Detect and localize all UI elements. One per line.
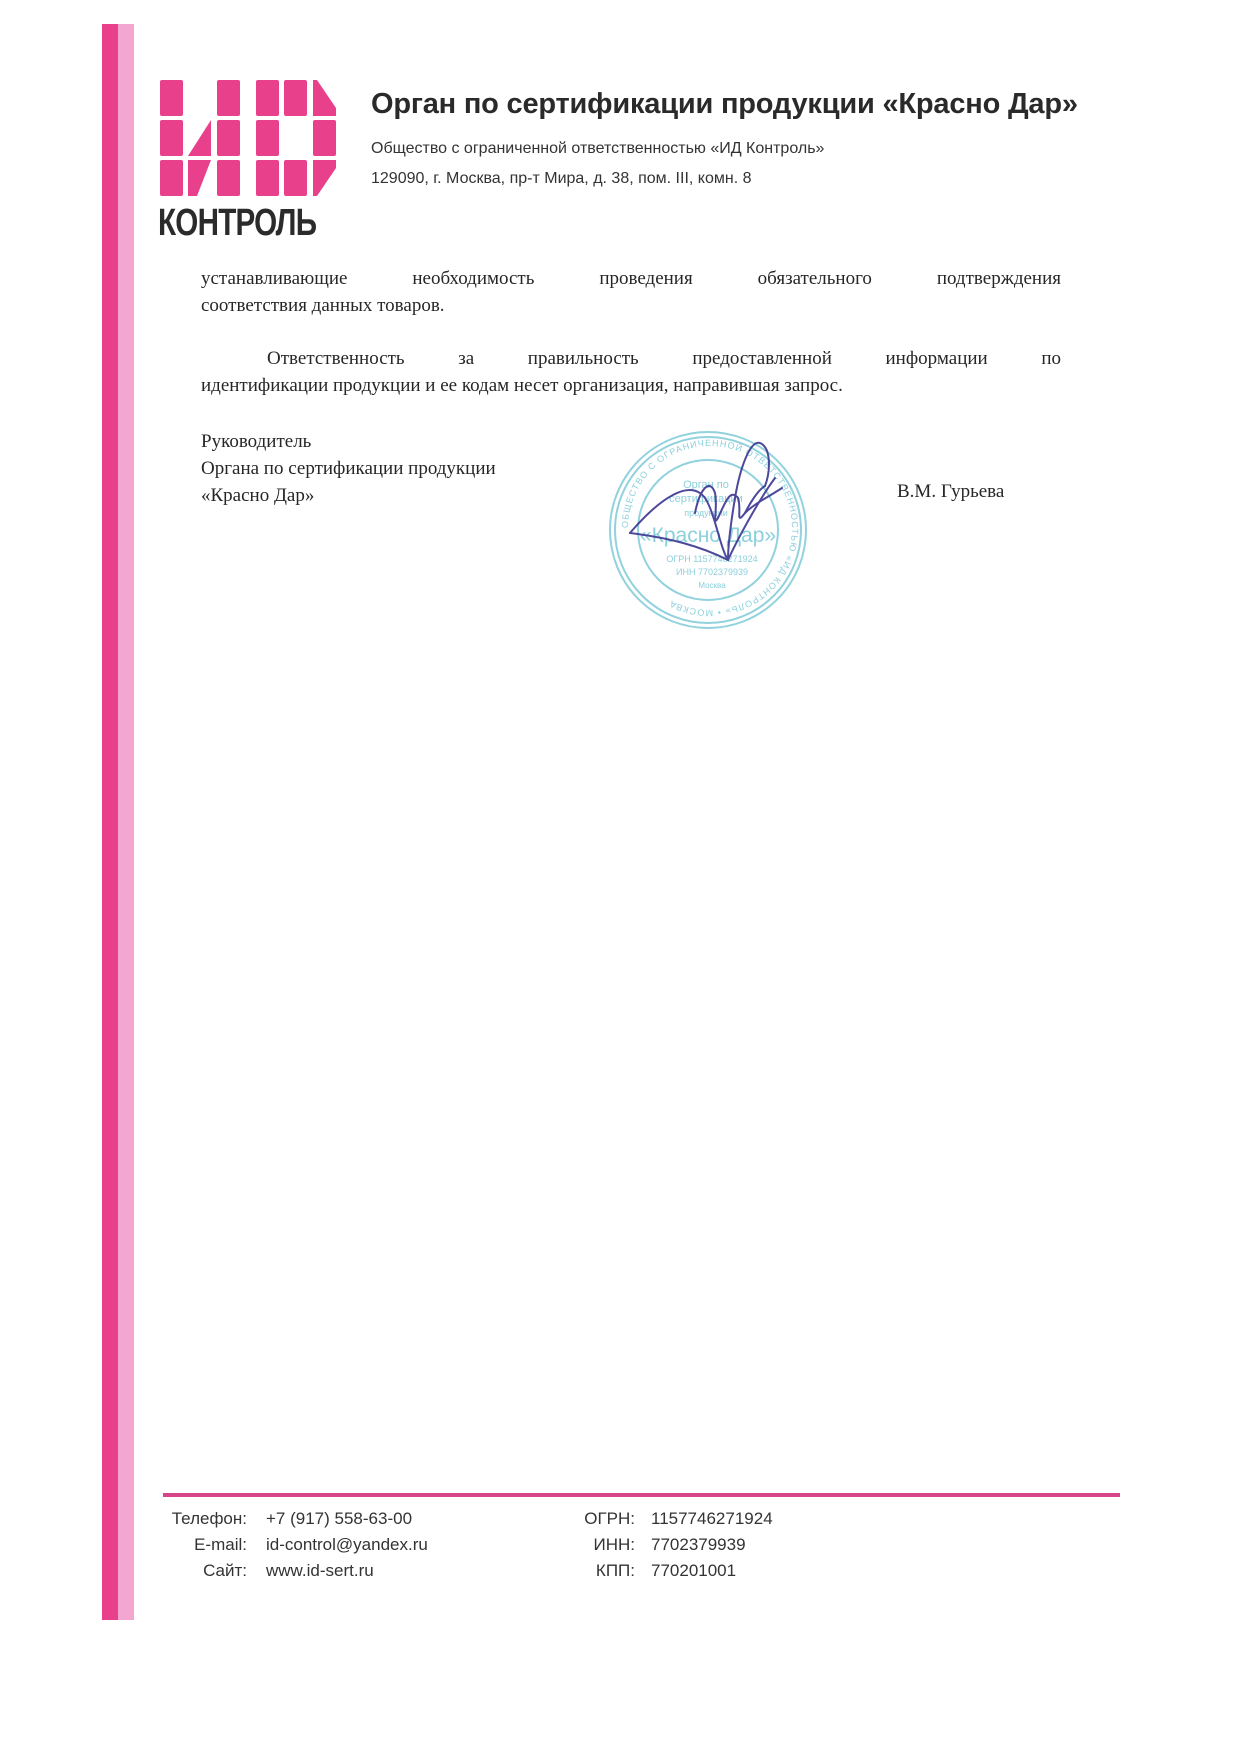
contact-label: Сайт: [160,1558,247,1584]
svg-text:«Красно Дар»: «Красно Дар» [640,524,776,547]
ogrn-value: 1157746271924 [651,1506,773,1532]
position-line: Руководитель [201,428,496,455]
requisite-row-ogrn: ОГРН: 1157746271924 [570,1506,773,1532]
signatory-name: В.М. Гурьева [897,481,1004,503]
footer-contacts: Телефон: +7 (917) 558-63-00 E-mail: id-c… [160,1506,428,1584]
decorative-side-bar-dark [102,24,118,1620]
company-address: 129090, г. Москва, пр-т Мира, д. 38, пом… [371,170,751,188]
contact-row-email: E-mail: id-control@yandex.ru [160,1532,428,1558]
contact-row-phone: Телефон: +7 (917) 558-63-00 [160,1506,428,1532]
official-stamp: ОБЩЕСТВО С ОГРАНИЧЕННОЙ ОТВЕТСТВЕННОСТЬЮ… [600,418,820,638]
decorative-side-bar-light [118,24,134,1620]
svg-text:ОГРН 1157746271924: ОГРН 1157746271924 [666,554,757,564]
requisite-label: ОГРН: [570,1506,635,1532]
logo-wordmark: КОНТРОЛЬ [158,202,300,245]
contact-label: E-mail: [160,1532,247,1558]
paragraph-line: устанавливающие необходимость проведения… [201,265,1061,292]
website-value: www.id-sert.ru [266,1558,374,1584]
requisite-label: ИНН: [570,1532,635,1558]
signatory-position: Руководитель Органа по сертификации прод… [201,428,496,509]
inn-value: 7702379939 [651,1532,746,1558]
footer-requisites: ОГРН: 1157746271924 ИНН: 7702379939 КПП:… [570,1506,773,1584]
id-logo-mark-icon [158,78,340,198]
contact-row-website: Сайт: www.id-sert.ru [160,1558,428,1584]
organization-title: Орган по сертификации продукции «Красно … [371,88,1078,121]
paragraph-responsibility: Ответственность за правильность предоста… [201,345,1061,399]
requisite-row-inn: ИНН: 7702379939 [570,1532,773,1558]
paragraph-line: соответствия данных товаров. [201,292,1061,319]
svg-text:ИНН 7702379939: ИНН 7702379939 [676,567,748,577]
position-line: «Красно Дар» [201,482,496,509]
contact-label: Телефон: [160,1506,247,1532]
company-logo: КОНТРОЛЬ [158,78,340,243]
paragraph-line: идентификации продукции и ее кодам несет… [201,372,1061,399]
email-value: id-control@yandex.ru [266,1532,428,1558]
position-line: Органа по сертификации продукции [201,455,496,482]
svg-text:Москва: Москва [698,581,726,590]
phone-value: +7 (917) 558-63-00 [266,1506,412,1532]
paragraph-line: Ответственность за правильность предоста… [201,345,1061,372]
company-name: Общество с ограниченной ответственностью… [371,140,824,158]
paragraph-continuation: устанавливающие необходимость проведения… [201,265,1061,319]
requisite-row-kpp: КПП: 770201001 [570,1558,773,1584]
stamp-seal-icon: ОБЩЕСТВО С ОГРАНИЧЕННОЙ ОТВЕТСТВЕННОСТЬЮ… [600,418,820,638]
kpp-value: 770201001 [651,1558,736,1584]
requisite-label: КПП: [570,1558,635,1584]
footer-divider [163,1493,1120,1497]
